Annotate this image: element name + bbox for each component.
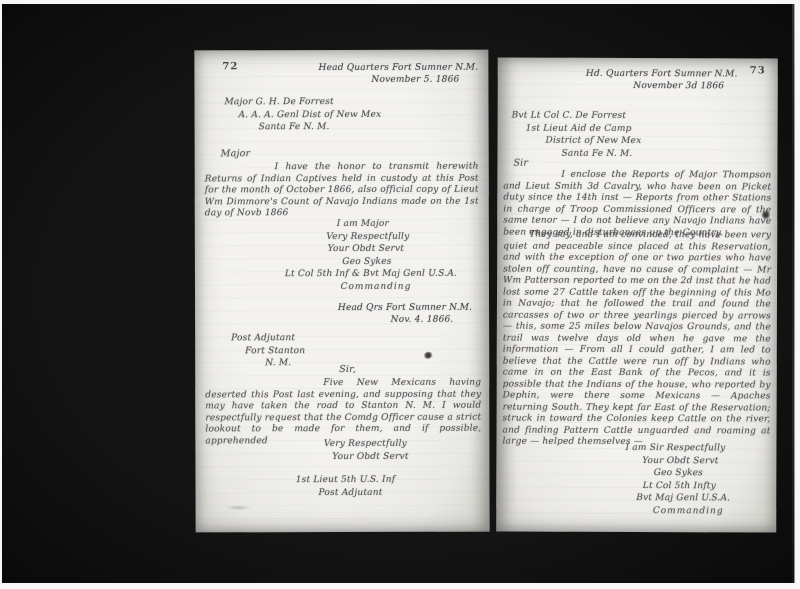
letter-heading: Hd. Quarters Fort Sumner N.M.November 3d… xyxy=(564,68,760,93)
letter2-address: Post AdjutantFort StantonN. M. xyxy=(231,332,305,370)
letter1-body: I have the honor to transmit herewith Re… xyxy=(205,162,479,220)
letter-closing: I am Sir RespectfullyYour Obdt ServtGeo … xyxy=(582,442,768,518)
letter1-closing: I am MajorVery RespectfullyYour Obdt Ser… xyxy=(247,218,479,294)
letter1-address: Major G. H. De ForrestA. A. A. Genl Dist… xyxy=(224,96,381,134)
letter2-closing: Very RespectfullyYour Obdt Servt xyxy=(265,438,465,464)
letter1-heading: Head Quarters Fort Sumner N.M.November 5… xyxy=(312,62,484,86)
letter1-salutation: Major xyxy=(221,148,251,159)
microfilm-scan: 72 Head Quarters Fort Sumner N.M.Novembe… xyxy=(0,0,800,589)
ink-blot xyxy=(761,210,770,219)
page-number: 72 xyxy=(222,61,238,72)
letter-salutation: Sir xyxy=(513,158,528,169)
right-page: 73 Hd. Quarters Fort Sumner N.M.November… xyxy=(496,58,778,533)
letter2-signature: 1st Lieut 5th U.S. InfPost Adjutant xyxy=(245,474,445,500)
letter-body-paragraph-2: They say, and I am convinced, they have … xyxy=(502,230,771,449)
letter2-salutation: Sir, xyxy=(339,364,356,375)
ink-blot xyxy=(422,351,433,360)
letter-address: Bvt Lt Col C. De Forrest1st Lieut Aid de… xyxy=(511,110,641,160)
letter2-heading: Head Qrs Fort Sumner N.M.Nov. 4. 1866. xyxy=(323,302,487,326)
pencil-smudge xyxy=(226,505,252,510)
left-page: 72 Head Quarters Fort Sumner N.M.Novembe… xyxy=(194,50,489,533)
